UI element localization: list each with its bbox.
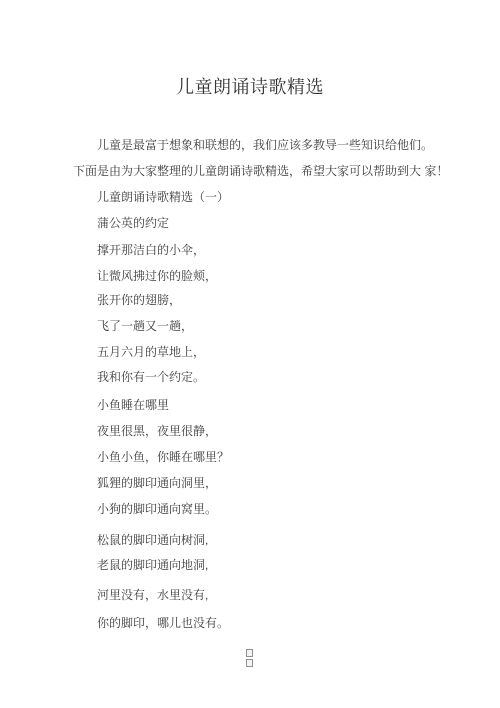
intro-line: 下面是由为大家整理的儿童朗诵诗歌精选，希望大家可以帮助到大 家！ <box>73 165 448 177</box>
poem-title: 蒲公英的约定 <box>97 217 169 229</box>
poem-line: 狐狸的脚印通向洞里， <box>97 477 217 489</box>
poem-line: 飞了一趟又一趟， <box>97 320 193 332</box>
glyph-box-icon <box>246 659 253 667</box>
missing-glyph-boxes-icon <box>246 649 253 667</box>
poem-line: 小狗的脚印通向窝里。 <box>97 503 217 515</box>
poem-line: 五月六月的草地上， <box>97 346 205 358</box>
poem-title: 小鱼睡在哪里 <box>97 399 169 411</box>
poem-line: 夜里很黑，夜里很静， <box>97 425 217 437</box>
poem-line: 让微风拂过你的脸颊， <box>97 270 217 282</box>
intro-line: 儿童是最富于想象和联想的，我们应该多教导一些知识给他们。 <box>97 139 433 151</box>
document-title: 儿童朗诵诗歌精选 <box>0 78 500 96</box>
poem-line: 老鼠的脚印通向地洞, <box>97 559 208 571</box>
poem-line: 你的脚印，哪儿也没有。 <box>97 617 229 629</box>
section-heading: 儿童朗诵诗歌精选（一） <box>97 191 229 203</box>
poem-line: 我和你有一个约定。 <box>97 371 205 383</box>
poem-line: 张开你的翅膀， <box>97 294 181 306</box>
poem-line: 松鼠的脚印通向树洞, <box>97 534 208 546</box>
poem-line: 小鱼小鱼，你睡在哪里？ <box>97 451 229 463</box>
document-page: 儿童朗诵诗歌精选 儿童是最富于想象和联想的，我们应该多教导一些知识给他们。 下面… <box>0 0 500 708</box>
glyph-box-icon <box>246 649 253 657</box>
poem-line: 河里没有，水里没有, <box>97 589 208 601</box>
poem-line: 撑开那洁白的小伞， <box>97 244 205 256</box>
